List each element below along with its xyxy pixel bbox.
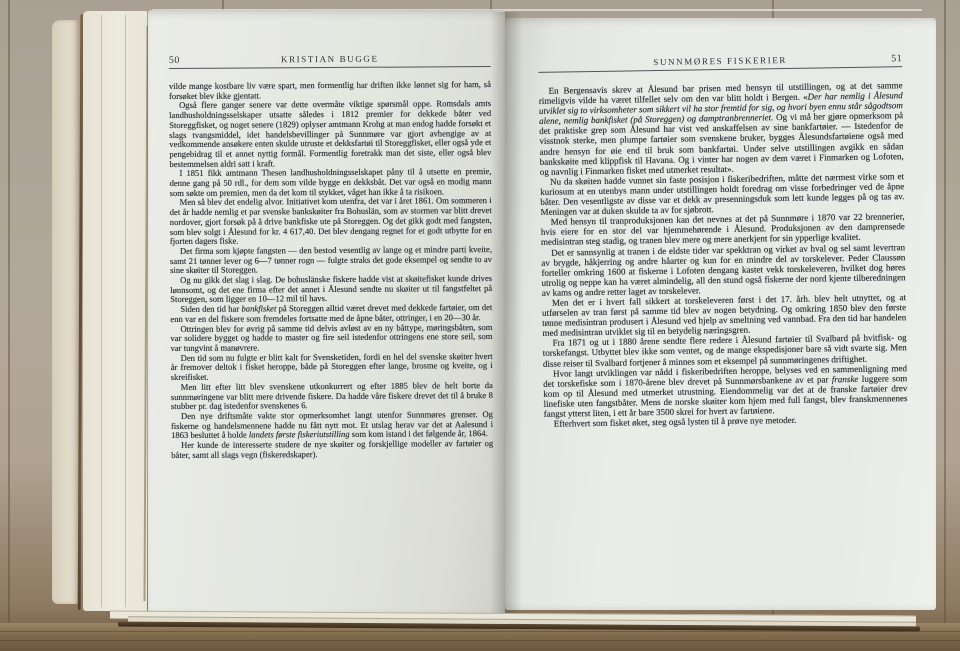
book-photo: { "colors": { "ink": "#2f3238", "paper_l… [0,0,960,651]
paragraph: Her kunde de interesserte studere de nye… [171,439,493,460]
right-page: SUNNMØRES FISKERIER 51 En Bergensavis sk… [505,18,936,610]
left-body-text: vilde mange kostbare liv være spart, men… [169,80,493,460]
paragraph: Men litt efter litt blev svenskene utkon… [171,381,493,412]
wood-grain-line [0,631,960,632]
paragraph: Den nye driftsmåte vakte stor opmerksomh… [171,410,493,441]
wood-plank-gap [944,0,946,651]
right-page-text: SUNNMØRES FISKERIER 51 En Bergensavis sk… [538,53,908,429]
right-body-text: En Bergensavis skrev at Ålesund bar pris… [539,80,908,429]
open-book: 50 KRISTIAN BUGGE vilde mange kostbare l… [52,6,936,628]
paragraph: Men det er i hvert fall sikkert at torsk… [542,292,907,338]
left-page-edge-stack [83,11,147,611]
paragraph: Nu da skøiten hadde vunnet sin faste pos… [540,171,905,217]
paragraph: Også flere ganger senere var dette overm… [169,99,491,169]
paragraph: Det firma som kjøpte fangsten — den best… [170,245,492,276]
paragraph: Og nu gikk det slag i slag. De bohusläns… [170,274,492,305]
page-edge-line [101,15,102,607]
running-header-title-right: SUNNMØRES FISKERIER [582,54,858,68]
paragraph: En Bergensavis skrev at Ålesund bar pris… [539,80,904,177]
page-number-left: 50 [169,55,213,66]
paragraph: Hvor langt utviklingen var nådd i fisker… [543,363,908,419]
paragraph: Det er sannsynlig at tranen i de eldste … [541,242,906,298]
page-edge-line [125,15,126,607]
paragraph: I 1851 fikk amtmann Thesen landhusholdni… [169,167,491,198]
paragraph: Med hensyn til tranproduksjonen kan det … [541,211,905,247]
wood-plank-gap [8,0,10,651]
wood-grain-line [0,640,960,641]
right-running-header: SUNNMØRES FISKERIER 51 [538,53,902,73]
left-running-header: 50 KRISTIAN BUGGE [169,53,491,69]
paragraph: Men så blev det endelig alvor. Initiativ… [170,196,492,246]
left-page: 50 KRISTIAN BUGGE vilde mange kostbare l… [148,10,505,616]
book-cover-left-edge [52,20,78,604]
page-number-right: 51 [858,53,902,65]
paragraph: Den tid som nu fulgte er blitt kalt for … [171,352,493,383]
running-header-title-left: KRISTIAN BUGGE [213,53,447,64]
paragraph: Ottringen blev for øvrig på samme tid de… [170,323,492,354]
left-page-text: 50 KRISTIAN BUGGE vilde mange kostbare l… [169,53,493,460]
header-spacer [538,66,582,67]
